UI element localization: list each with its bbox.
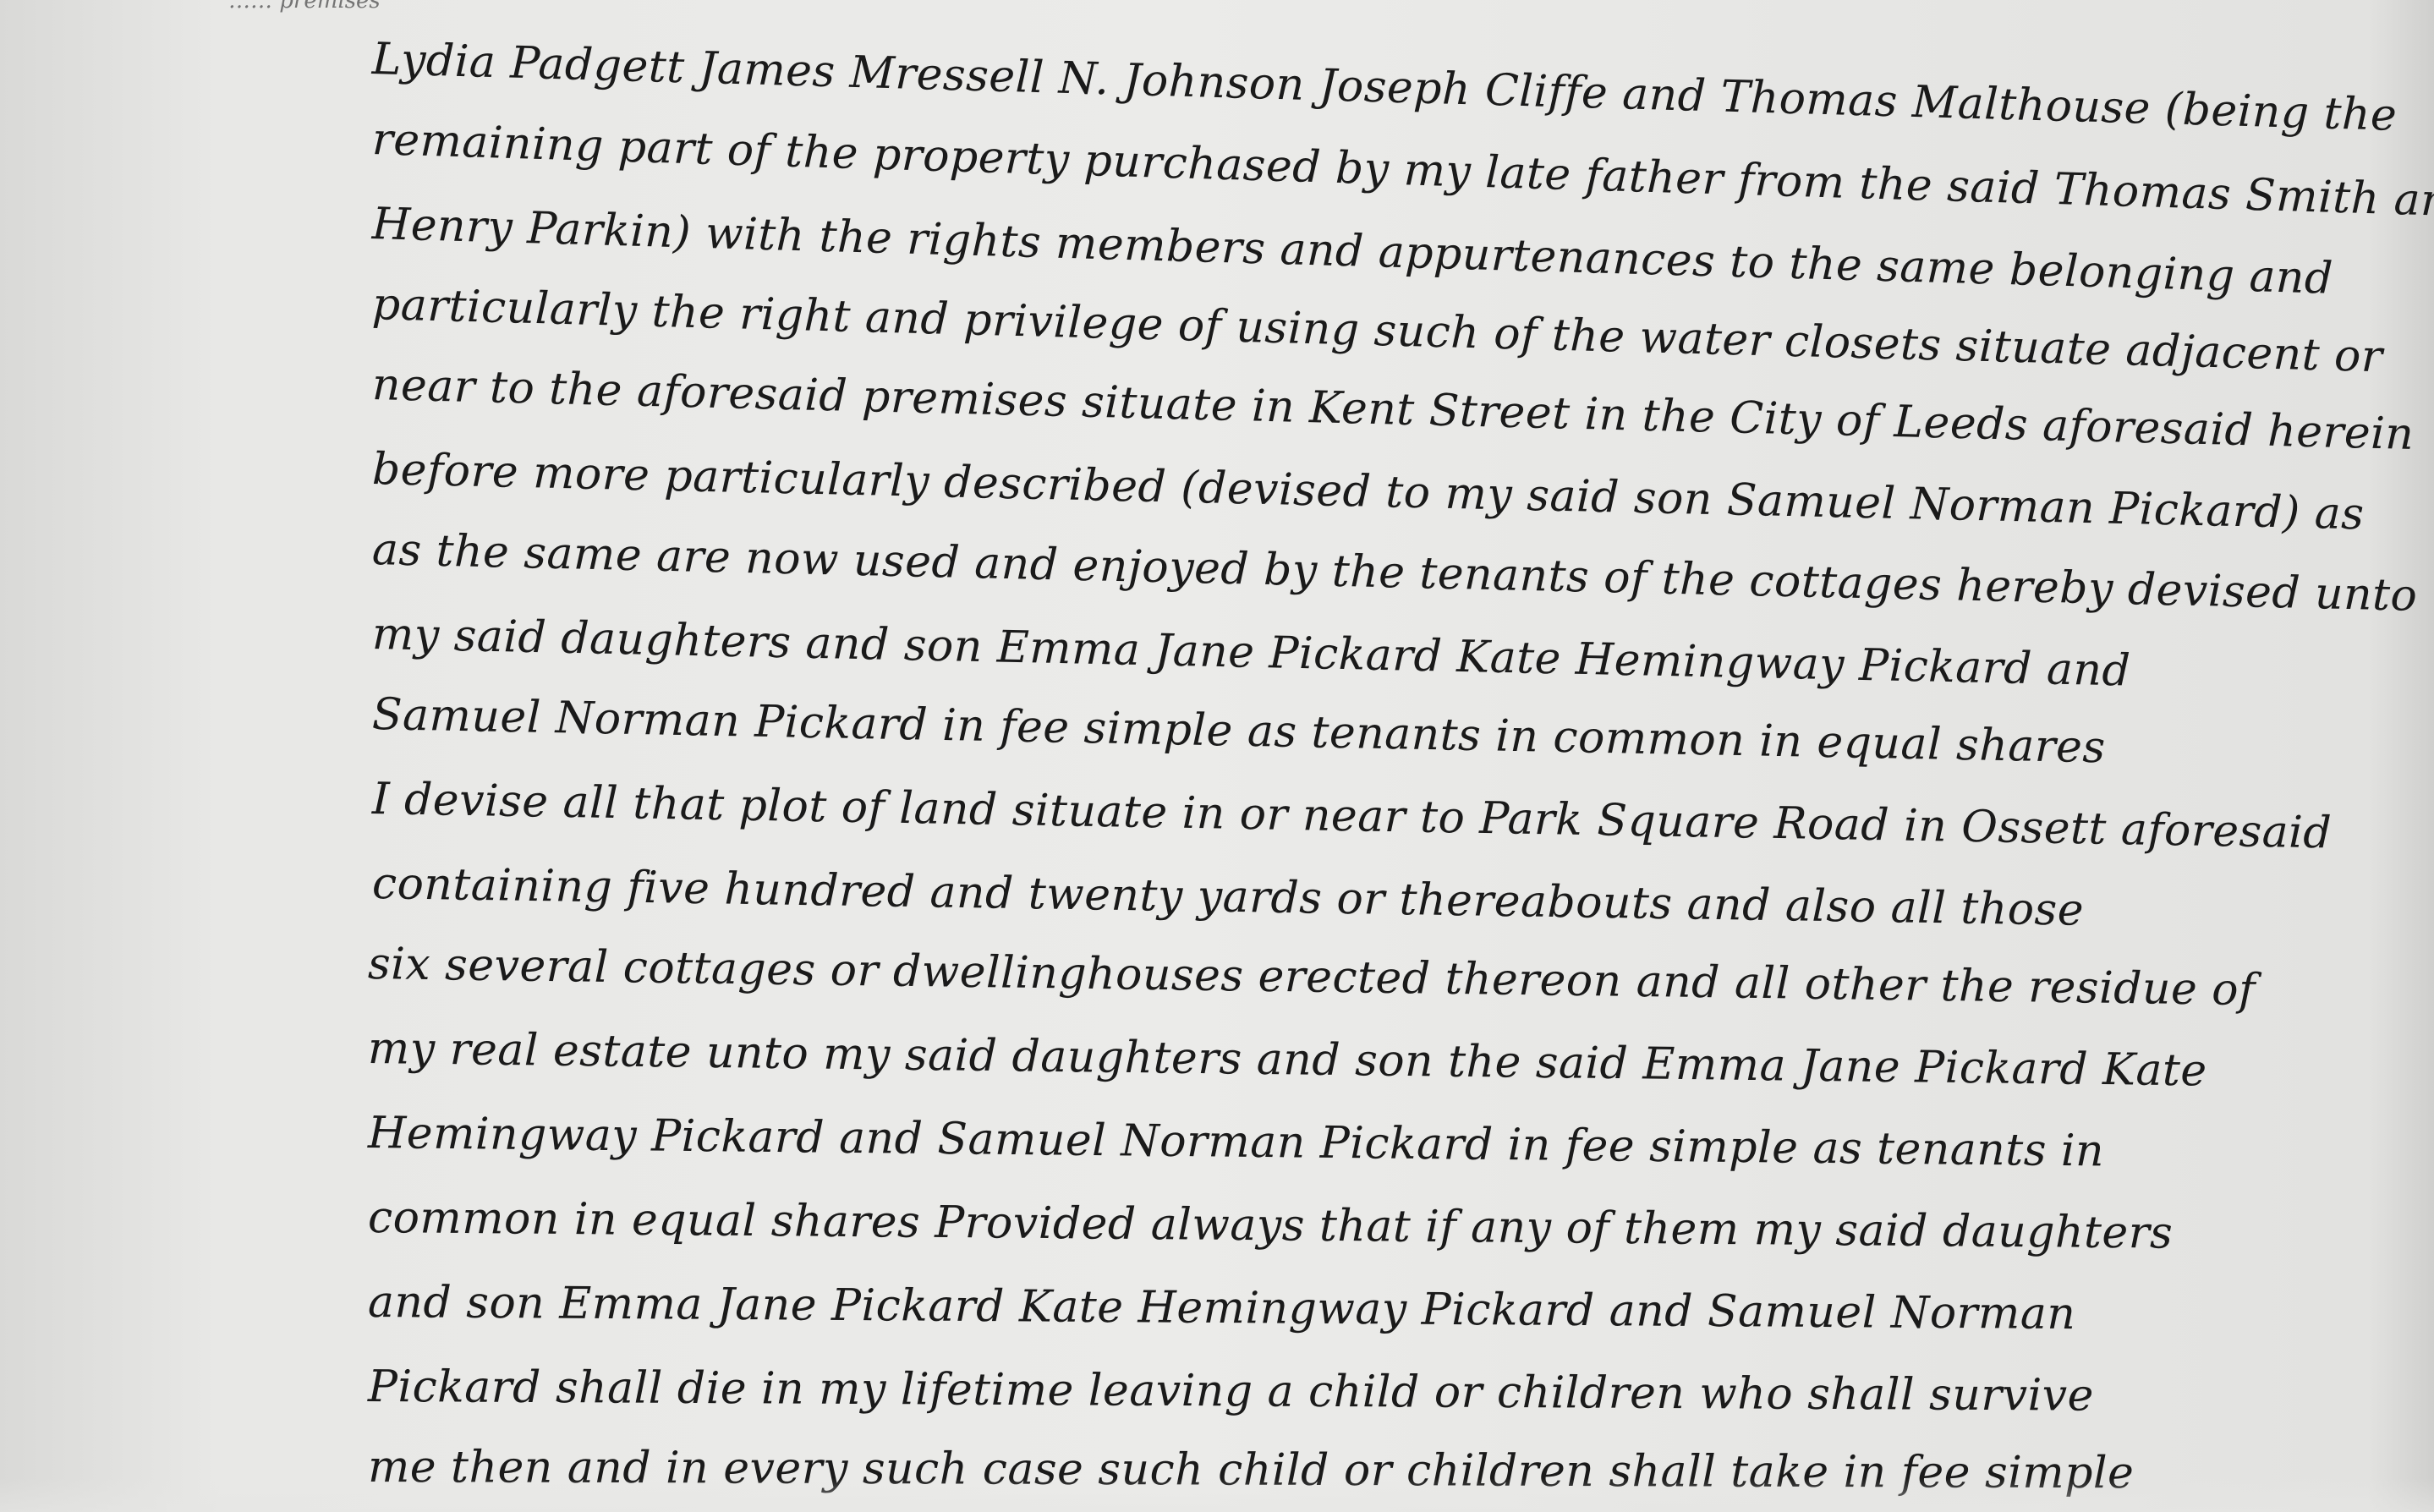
document-line: before more particularly described (devi… bbox=[371, 444, 2365, 540]
document-line: my said daughters and son Emma Jane Pick… bbox=[371, 609, 2130, 697]
document-line: containing five hundred and twenty yards… bbox=[372, 858, 2085, 936]
document-line: I devise all that plot of land situate i… bbox=[371, 774, 2332, 858]
document-line: my real estate unto my said daughters an… bbox=[368, 1023, 2207, 1097]
document-line: common in equal shares Provided always t… bbox=[368, 1192, 2174, 1259]
scanned-document-page: …… premises Lydia Padgett James Mressell… bbox=[0, 0, 2434, 1512]
document-line: as the same are now used and enjoyed by … bbox=[371, 524, 2418, 622]
document-line: Pickard shall die in my lifetime leaving… bbox=[368, 1361, 2094, 1422]
document-line: Samuel Norman Pickard in fee simple as t… bbox=[371, 689, 2106, 773]
header-fragment: …… premises bbox=[228, 0, 381, 14]
document-line: six several cottages or dwellinghouses e… bbox=[368, 939, 2256, 1016]
document-line: and son Emma Jane Pickard Kate Hemingway… bbox=[368, 1277, 2076, 1339]
page-bottom-shadow bbox=[0, 1478, 2434, 1512]
document-line: Hemingway Pickard and Samuel Norman Pick… bbox=[368, 1108, 2105, 1176]
